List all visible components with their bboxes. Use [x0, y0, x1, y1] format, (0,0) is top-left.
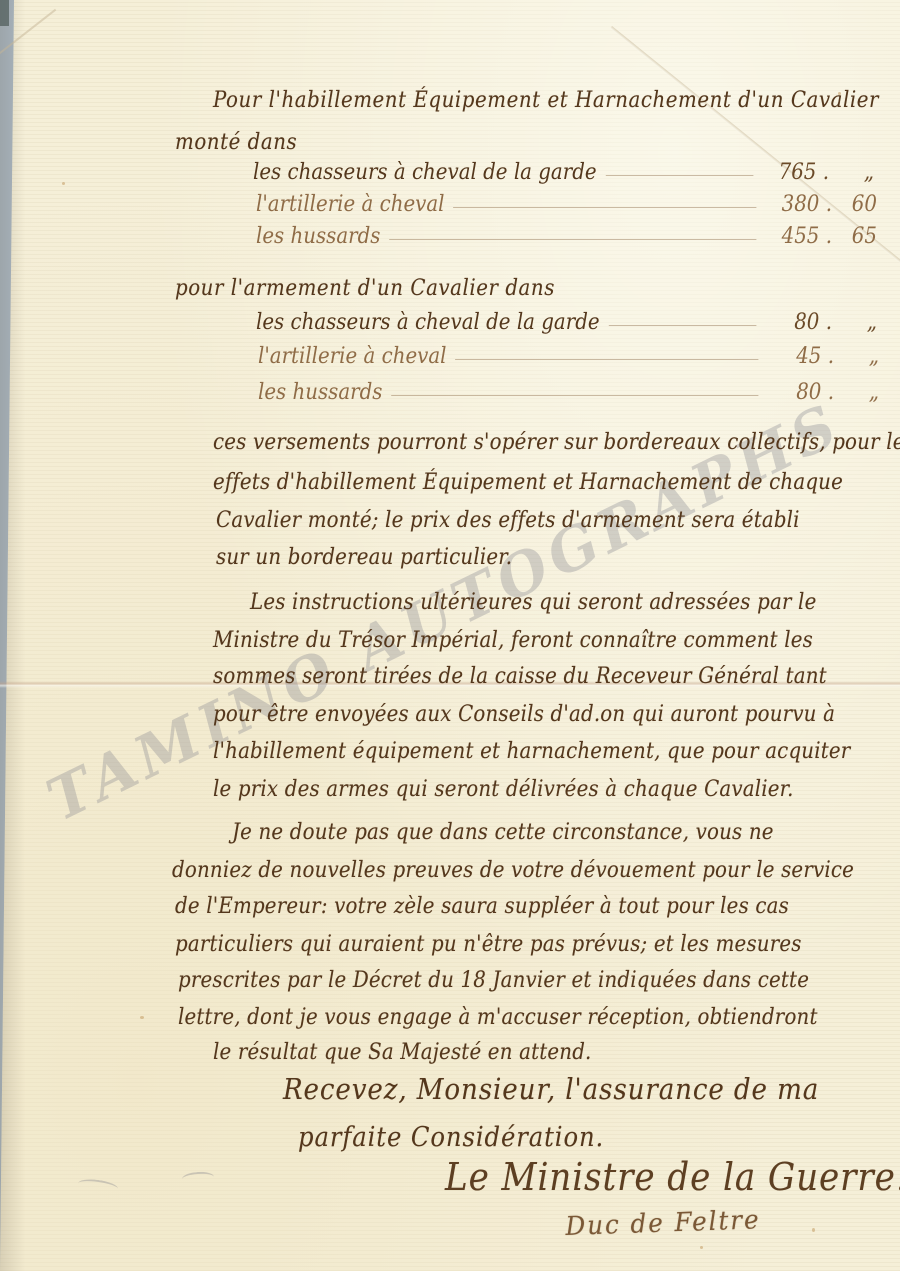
closing-salutation-line2: parfaite Considération. — [298, 1122, 604, 1153]
value-centimes: „ — [834, 380, 879, 405]
tariff-row: les chasseurs à cheval de la garde 765 .… — [253, 160, 874, 185]
value-francs: 765 . — [762, 160, 829, 185]
leader-line — [609, 325, 757, 326]
leader-line — [456, 359, 759, 360]
value-centimes: 60 — [832, 192, 877, 217]
paragraph1-line: ces versements pourront s'opérer sur bor… — [213, 430, 900, 455]
row-label: les hussards — [258, 380, 382, 405]
value-francs: 380 . — [765, 192, 832, 217]
leader-line — [606, 175, 754, 176]
row-label: les chasseurs à cheval de la garde — [256, 310, 600, 335]
value-centimes: „ — [834, 344, 879, 369]
paragraph2-line: sommes seront tirées de la caisse du Rec… — [213, 664, 827, 689]
row-label: les hussards — [256, 224, 380, 249]
paragraph2-line: l'habillement équipement et harnachement… — [213, 739, 850, 764]
tariff-row: les chasseurs à cheval de la garde 80 . … — [256, 310, 877, 335]
row-label: l'artillerie à cheval — [256, 192, 445, 217]
row-label: les chasseurs à cheval de la garde — [253, 160, 597, 185]
section1-heading-line1: Pour l'habillement Équipement et Harnach… — [213, 88, 879, 113]
value-francs: 80 . — [767, 380, 834, 405]
value-centimes: 65 — [832, 224, 877, 249]
paragraph3-line: lettre, dont je vous engage à m'accuser … — [178, 1005, 818, 1030]
paper-speck — [812, 1228, 815, 1232]
value-centimes: „ — [832, 310, 877, 335]
paragraph2-line: Les instructions ultérieures qui seront … — [250, 590, 816, 615]
paragraph1-line: sur un bordereau particulier. — [216, 545, 512, 570]
closing-title: Le Ministre de la Guerre. — [445, 1155, 900, 1199]
tariff-row: l'artillerie à cheval 45 . „ — [258, 344, 879, 369]
paragraph1-line: Cavalier monté; le prix des effets d'arm… — [216, 508, 800, 533]
row-label: l'artillerie à cheval — [258, 344, 447, 369]
value-centimes: „ — [829, 160, 874, 185]
leader-line — [454, 207, 757, 208]
paragraph2-line: pour être envoyées aux Conseils d'ad.on … — [213, 702, 835, 727]
value-francs: 45 . — [767, 344, 834, 369]
value-francs: 80 . — [765, 310, 832, 335]
paragraph2-line: Ministre du Trésor Impérial, feront conn… — [213, 628, 813, 653]
section2-heading: pour l'armement d'un Cavalier dans — [175, 276, 555, 301]
paper-speck — [838, 92, 841, 95]
paragraph3-line: de l'Empereur: votre zèle saura suppléer… — [175, 894, 789, 919]
scanned-letter: TAMINO AUTOGRAPHS Pour l'habillement Équ… — [0, 0, 900, 1271]
paragraph1-line: effets d'habillement Équipement et Harna… — [213, 470, 843, 495]
section1-heading-line2: monté dans — [175, 130, 297, 155]
scanner-corner-notch — [0, 0, 9, 26]
value-francs: 455 . — [765, 224, 832, 249]
leader-line — [389, 239, 756, 240]
paper-speck — [62, 182, 65, 185]
paragraph3-line: prescrites par le Décret du 18 Janvier e… — [178, 968, 809, 993]
paragraph3-line: particuliers qui auraient pu n'être pas … — [175, 932, 802, 957]
paragraph3-line: le résultat que Sa Majesté en attend. — [213, 1040, 592, 1065]
paragraph3-line: donniez de nouvelles preuves de votre dé… — [172, 858, 854, 883]
tariff-row: les hussards 80 . „ — [258, 380, 879, 405]
paragraph3-line: Je ne doute pas que dans cette circonsta… — [232, 820, 774, 845]
leader-line — [391, 395, 758, 396]
paper-speck — [140, 1016, 144, 1019]
closing-salutation-line1: Recevez, Monsieur, l'assurance de ma — [283, 1072, 819, 1106]
tariff-row: les hussards 455 . 65 — [256, 224, 877, 249]
paragraph2-line: le prix des armes qui seront délivrées à… — [213, 777, 794, 802]
tariff-row: l'artillerie à cheval 380 . 60 — [256, 192, 877, 217]
paper-speck — [700, 1246, 703, 1249]
